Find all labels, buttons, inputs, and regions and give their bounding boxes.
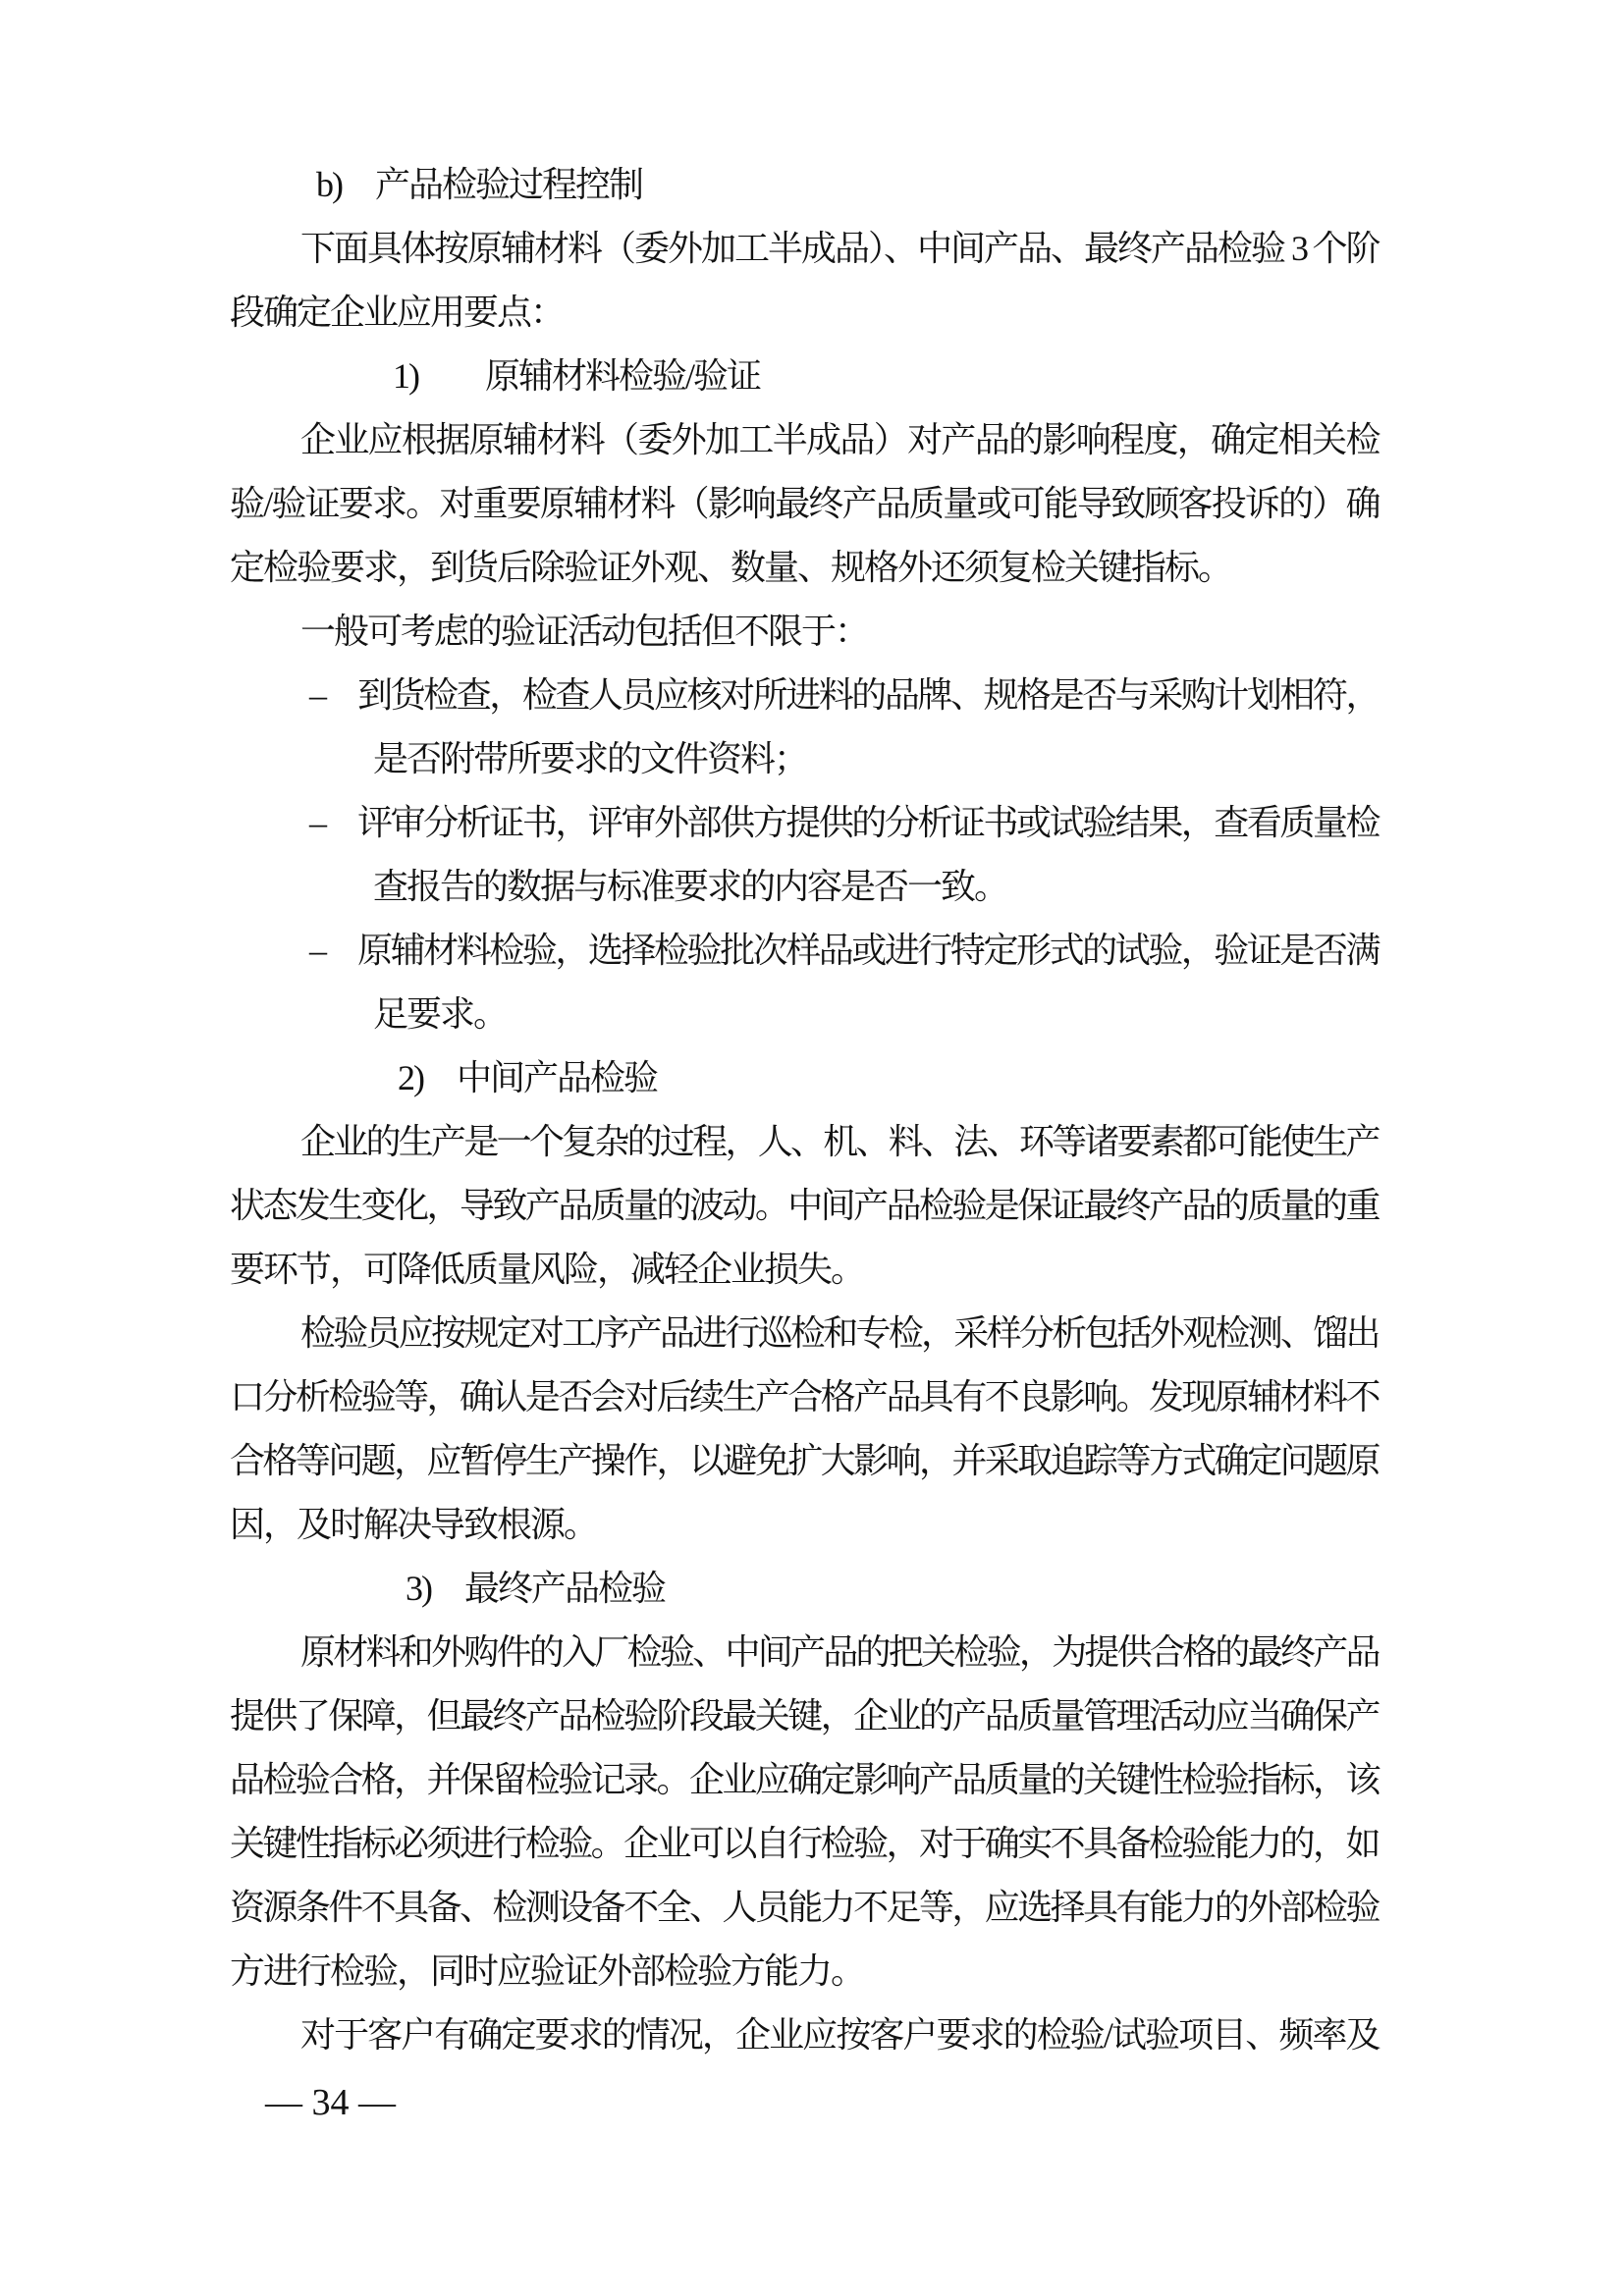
list-item-line: – 原辅材料检验，选择检验批次样品或进行特定形式的试验，验证是否满 [230, 919, 1378, 983]
body-text-line: 企业的生产是一个复杂的过程，人、机、料、法、环等诸要素都可能使生产 [230, 1110, 1378, 1174]
body-text-line: 一般可考虑的验证活动包括但不限于： [230, 600, 1378, 664]
body-text-line: 品检验合格，并保留检验记录。企业应确定影响产品质量的关键性检验指标，该 [230, 1748, 1378, 1812]
body-text-line: 对于客户有确定要求的情况，企业应按客户要求的检验/试验项目、频率及 [230, 2003, 1378, 2067]
body-text-line: 提供了保障，但最终产品检验阶段最关键，企业的产品质量管理活动应当确保产 [230, 1684, 1378, 1748]
body-text-line: 验/验证要求。对重要原辅材料（影响最终产品质量或可能导致顾客投诉的）确 [230, 472, 1378, 536]
heading-b-line: b) 产品检验过程控制 [230, 153, 1378, 217]
body-text-line: 合格等问题，应暂停生产操作，以避免扩大影响，并采取追踪等方式确定问题原 [230, 1429, 1378, 1493]
body-text-line: 原材料和外购件的入厂检验、中间产品的把关检验，为提供合格的最终产品 [230, 1621, 1378, 1684]
list-item-continuation-line: 查报告的数据与标准要求的内容是否一致。 [230, 855, 1378, 919]
list-item-line: – 到货检查，检查人员应核对所进料的品牌、规格是否与采购计划相符， [230, 664, 1378, 727]
body-text-line: 资源条件不具备、检测设备不全、人员能力不足等，应选择具有能力的外部检验 [230, 1876, 1378, 1940]
body-text-line: 下面具体按原辅材料（委外加工半成品）、中间产品、最终产品检验 3 个阶 [230, 217, 1378, 281]
body-text-line: 方进行检验，同时应验证外部检验方能力。 [230, 1940, 1378, 2003]
body-text-line: 口分析检验等，确认是否会对后续生产合格产品具有不良影响。发现原辅材料不 [230, 1365, 1378, 1429]
document-text-block: b) 产品检验过程控制 下面具体按原辅材料（委外加工半成品）、中间产品、最终产品… [230, 153, 1378, 2067]
list-item-line: – 评审分析证书，评审外部供方提供的分析证书或试验结果，查看质量检 [230, 791, 1378, 855]
body-text-line: 检验员应按规定对工序产品进行巡检和专检，采样分析包括外观检测、馏出 [230, 1302, 1378, 1365]
numbered-heading-line: 3) 最终产品检验 [230, 1557, 1378, 1621]
numbered-heading-line: 1) 原辅材料检验/验证 [230, 345, 1378, 408]
body-text-line: 定检验要求，到货后除验证外观、数量、规格外还须复检关键指标。 [230, 536, 1378, 600]
list-item-continuation-line: 足要求。 [230, 983, 1378, 1046]
body-text-line: 要环节，可降低质量风险，减轻企业损失。 [230, 1238, 1378, 1302]
body-text-line: 状态发生变化，导致产品质量的波动。中间产品检验是保证最终产品的质量的重 [230, 1174, 1378, 1238]
list-item-continuation-line: 是否附带所要求的文件资料； [230, 727, 1378, 791]
body-text-line: 企业应根据原辅材料（委外加工半成品）对产品的影响程度，确定相关检 [230, 408, 1378, 472]
page-number-footer: — 34 — [265, 2081, 396, 2124]
body-text-line: 段确定企业应用要点： [230, 281, 1378, 345]
document-page: b) 产品检验过程控制 下面具体按原辅材料（委外加工半成品）、中间产品、最终产品… [0, 0, 1624, 2296]
numbered-heading-line: 2) 中间产品检验 [230, 1046, 1378, 1110]
body-text-line: 因，及时解决导致根源。 [230, 1493, 1378, 1557]
body-text-line: 关键性指标必须进行检验。企业可以自行检验，对于确实不具备检验能力的，如 [230, 1812, 1378, 1876]
